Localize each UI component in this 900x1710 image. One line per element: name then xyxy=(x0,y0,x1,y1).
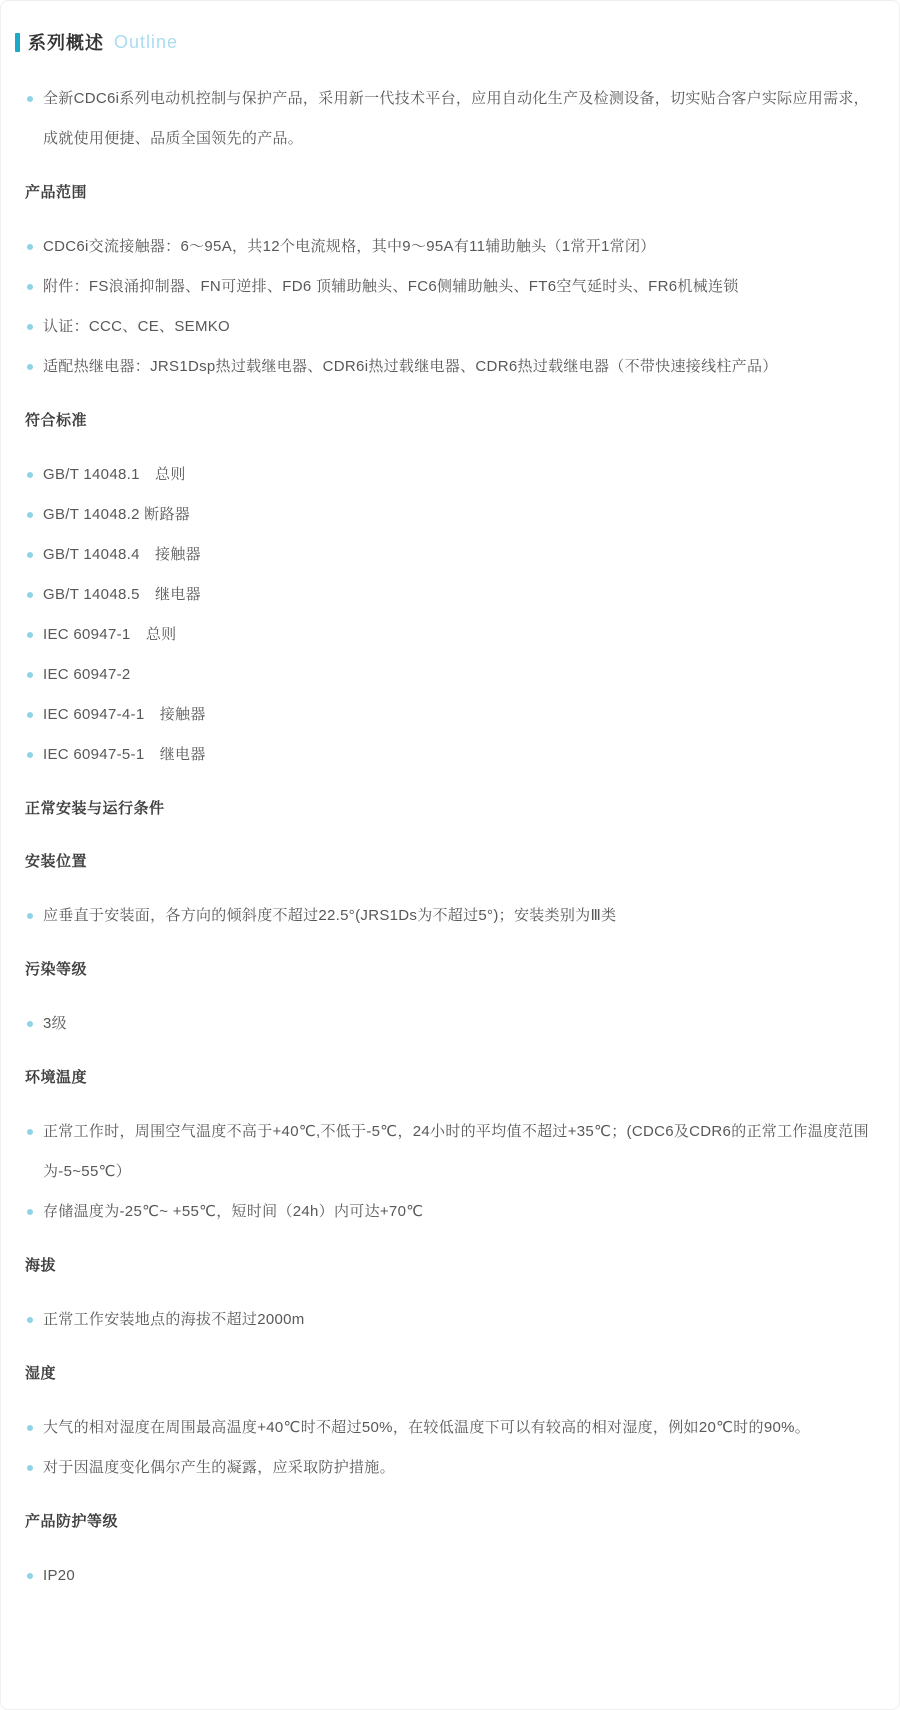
bullet-icon xyxy=(27,324,33,330)
section-heading: 环境温度 xyxy=(25,1059,875,1097)
list-item-text: 对于因温度变化偶尔产生的凝露，应采取防护措施。 xyxy=(43,1459,395,1476)
page-title-en: Outline xyxy=(114,32,178,53)
list-item-text: GB/T 14048.5 继电器 xyxy=(43,586,201,603)
list-item: 正常工作时，周围空气温度不高于+40℃,不低于-5℃，24小时的平均值不超过+3… xyxy=(15,1112,875,1192)
list-item: 附件：FS浪涌抑制器、FN可逆排、FD6 顶辅助触头、FC6侧辅助触头、FT6空… xyxy=(15,267,875,307)
product-outline-page: 系列概述 Outline 全新CDC6i系列电动机控制与保护产品，采用新一代技术… xyxy=(0,0,900,1710)
title-accent-bar-icon xyxy=(15,33,20,52)
bullet-icon xyxy=(27,284,33,290)
section-heading: 湿度 xyxy=(25,1355,875,1393)
list-item: 对于因温度变化偶尔产生的凝露，应采取防护措施。 xyxy=(15,1448,875,1488)
page-title: 系列概述 Outline xyxy=(15,29,875,55)
bullet-icon xyxy=(27,913,33,919)
list-item: 存储温度为-25℃~ +55℃，短时间（24h）内可达+70℃ xyxy=(15,1192,875,1232)
list-item: 全新CDC6i系列电动机控制与保护产品，采用新一代技术平台，应用自动化生产及检测… xyxy=(15,79,875,159)
page-title-cn: 系列概述 xyxy=(28,29,104,55)
list-item: IEC 60947-5-1 继电器 xyxy=(15,735,875,775)
list-item: IEC 60947-4-1 接触器 xyxy=(15,695,875,735)
list-item-text: 应垂直于安装面，各方向的倾斜度不超过22.5°(JRS1Ds为不超过5°)；安装… xyxy=(43,907,616,924)
list-item-text: 3级 xyxy=(43,1015,67,1032)
bullet-icon xyxy=(27,1573,33,1579)
list-item-text: 存储温度为-25℃~ +55℃，短时间（24h）内可达+70℃ xyxy=(43,1203,423,1220)
bullet-icon xyxy=(27,552,33,558)
list-item: IEC 60947-1 总则 xyxy=(15,615,875,655)
section-heading: 海拔 xyxy=(25,1247,875,1285)
list-item: GB/T 14048.4 接触器 xyxy=(15,535,875,575)
section-heading: 产品范围 xyxy=(25,174,875,212)
list-item: GB/T 14048.5 继电器 xyxy=(15,575,875,615)
list-item-text: 认证：CCC、CE、SEMKO xyxy=(43,318,230,335)
list-item: CDC6i交流接触器：6～95A，共12个电流规格，其中9～95A有11辅助触头… xyxy=(15,227,875,267)
list-item-text: GB/T 14048.2 断路器 xyxy=(43,506,190,523)
list-item-text: IEC 60947-5-1 继电器 xyxy=(43,746,206,763)
bullet-icon xyxy=(27,1209,33,1215)
list-item-text: IP20 xyxy=(43,1567,75,1584)
section-heading: 产品防护等级 xyxy=(25,1503,875,1541)
bullet-icon xyxy=(27,364,33,370)
bullet-icon xyxy=(27,1021,33,1027)
content-blocks: 全新CDC6i系列电动机控制与保护产品，采用新一代技术平台，应用自动化生产及检测… xyxy=(15,79,875,1596)
bullet-icon xyxy=(27,1465,33,1471)
list-item: IEC 60947-2 xyxy=(15,655,875,695)
list-item-text: IEC 60947-2 xyxy=(43,666,131,683)
bullet-icon xyxy=(27,592,33,598)
list-item: 3级 xyxy=(15,1004,875,1044)
bullet-icon xyxy=(27,1129,33,1135)
bullet-icon xyxy=(27,1425,33,1431)
list-item: 正常工作安装地点的海拔不超过2000m xyxy=(15,1300,875,1340)
list-item: 适配热继电器：JRS1Dsp热过载继电器、CDR6i热过载继电器、CDR6热过载… xyxy=(15,347,875,387)
list-item-text: CDC6i交流接触器：6～95A，共12个电流规格，其中9～95A有11辅助触头… xyxy=(43,238,656,255)
list-item-text: 正常工作安装地点的海拔不超过2000m xyxy=(43,1311,305,1328)
section-heading: 符合标准 xyxy=(25,402,875,440)
bullet-icon xyxy=(27,96,33,102)
list-item-text: 大气的相对湿度在周围最高温度+40℃时不超过50%，在较低温度下可以有较高的相对… xyxy=(43,1419,810,1436)
list-item: 认证：CCC、CE、SEMKO xyxy=(15,307,875,347)
bullet-icon xyxy=(27,632,33,638)
bullet-icon xyxy=(27,244,33,250)
bullet-icon xyxy=(27,752,33,758)
list-item-text: GB/T 14048.1 总则 xyxy=(43,466,186,483)
section-heading: 正常安装与运行条件 xyxy=(25,790,875,828)
list-item: IP20 xyxy=(15,1556,875,1596)
list-item: 应垂直于安装面，各方向的倾斜度不超过22.5°(JRS1Ds为不超过5°)；安装… xyxy=(15,896,875,936)
list-item: GB/T 14048.2 断路器 xyxy=(15,495,875,535)
bullet-icon xyxy=(27,712,33,718)
section-heading: 安装位置 xyxy=(25,843,875,881)
section-heading: 污染等级 xyxy=(25,951,875,989)
bullet-icon xyxy=(27,1317,33,1323)
list-item-text: 全新CDC6i系列电动机控制与保护产品，采用新一代技术平台，应用自动化生产及检测… xyxy=(43,90,869,147)
list-item-text: 适配热继电器：JRS1Dsp热过载继电器、CDR6i热过载继电器、CDR6热过载… xyxy=(43,358,778,375)
list-item: 大气的相对湿度在周围最高温度+40℃时不超过50%，在较低温度下可以有较高的相对… xyxy=(15,1408,875,1448)
list-item-text: 附件：FS浪涌抑制器、FN可逆排、FD6 顶辅助触头、FC6侧辅助触头、FT6空… xyxy=(43,278,739,295)
list-item-text: GB/T 14048.4 接触器 xyxy=(43,546,201,563)
list-item-text: IEC 60947-4-1 接触器 xyxy=(43,706,206,723)
bullet-icon xyxy=(27,512,33,518)
list-item: GB/T 14048.1 总则 xyxy=(15,455,875,495)
list-item-text: 正常工作时，周围空气温度不高于+40℃,不低于-5℃，24小时的平均值不超过+3… xyxy=(43,1123,869,1180)
bullet-icon xyxy=(27,472,33,478)
list-item-text: IEC 60947-1 总则 xyxy=(43,626,176,643)
bullet-icon xyxy=(27,672,33,678)
